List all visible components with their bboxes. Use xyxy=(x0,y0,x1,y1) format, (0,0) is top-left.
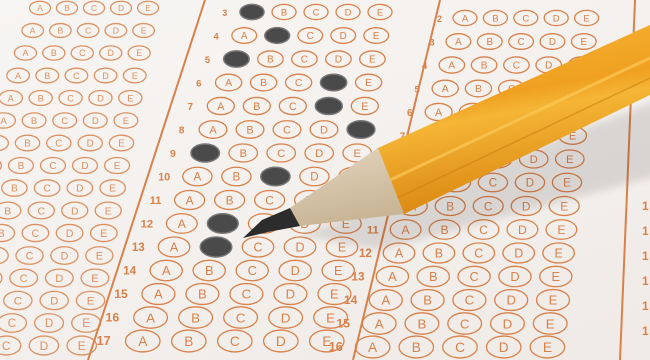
photo-scene: ABCDEABCDEABCDEABCDEABCDEABCDEABCDEABCDE… xyxy=(0,0,650,360)
pencil-lead xyxy=(243,208,300,238)
pencil xyxy=(0,0,650,360)
